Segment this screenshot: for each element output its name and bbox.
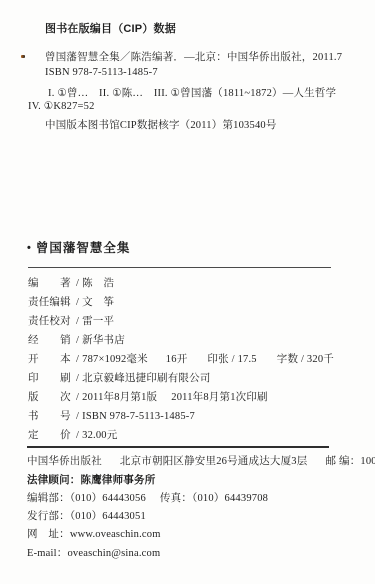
row-value: 雷一平 (82, 316, 114, 327)
row-label: 责任编辑 (28, 297, 73, 309)
row-value: 32.00元 (82, 430, 117, 441)
row-separator: / (73, 335, 82, 346)
colophon-row-price: 定 价/32.00元 (28, 430, 117, 442)
publisher-address-line: 中国华侨出版社北京市朝阳区静安里26号通成达大厦3层邮 编：100028 (27, 456, 375, 468)
row-separator: / (73, 297, 82, 308)
editorial-phone: （010）64443056 (70, 493, 146, 504)
email-address: oveaschin@sina.com (67, 548, 160, 559)
row-value: 787×1092毫米 (82, 354, 148, 365)
cip-record-number: 中国版本图书馆CIP数据核字（2011）第103540号 (45, 120, 277, 132)
legal-counsel-line: 法律顾问：陈鹰律师事务所 (27, 475, 155, 487)
row-label: 版 次 (28, 392, 73, 404)
row-label: 定 价 (28, 430, 73, 442)
printing-run: 2011年8月第1次印刷 (171, 392, 268, 403)
publisher-address: 北京市朝阳区静安里26号通成达大厦3层 (120, 456, 308, 467)
format-sheets: 16开 (166, 354, 188, 365)
legal-label: 法律顾问： (27, 475, 81, 486)
row-label: 印 刷 (28, 373, 73, 385)
publisher-name: 中国华侨出版社 (27, 456, 102, 467)
website-line: 网 址：www.oveaschin.com (27, 529, 161, 541)
colophon-row-format: 开 本/787×1092毫米16开印张 / 17.5字数 / 320千 (28, 354, 334, 366)
cip-classification-line2: IV. ①K827=52 (28, 101, 95, 113)
row-label: 责任校对 (28, 316, 73, 328)
row-separator: / (73, 278, 82, 289)
cip-entry: 曾国藩智慧全集／陈浩编著．—北京：中国华侨出版社，2011.7 (45, 52, 342, 64)
postal-label: 邮 编： (325, 456, 360, 467)
cip-classification-line1: I. ①曾… II. ①陈… III. ①曾国藩（1811~1872）—人生哲学 (48, 88, 336, 100)
colophon-row-distributor: 经 销/新华书店 (28, 335, 125, 347)
row-value: 文 筝 (82, 297, 114, 308)
fax-label: 传真： (160, 493, 192, 504)
colophon-page: 图书在版编目（CIP）数据 曾国藩智慧全集／陈浩编著．—北京：中国华侨出版社，2… (0, 0, 375, 584)
cip-heading: 图书在版编目（CIP）数据 (45, 23, 176, 35)
scan-speck-artifact (21, 55, 25, 58)
row-value: 陈 浩 (82, 278, 114, 289)
book-title-text: 曾国藩智慧全集 (36, 241, 131, 255)
colophon-row-proofreader: 责任校对/雷一平 (28, 316, 114, 328)
row-label: 经 销 (28, 335, 73, 347)
website-label: 网 址： (27, 529, 70, 540)
row-separator: / (73, 392, 82, 403)
row-value: 2011年8月第1版 (82, 392, 157, 403)
website-url: www.oveaschin.com (70, 529, 161, 540)
distribution-phone: （010）64443051 (70, 511, 146, 522)
colophon-row-printer: 印 刷/北京毅峰迅捷印刷有限公司 (28, 373, 211, 385)
bullet-icon: • (27, 242, 32, 254)
row-separator: / (73, 316, 82, 327)
colophon-row-responsible-editor: 责任编辑/文 筝 (28, 297, 114, 309)
editorial-label: 编辑部： (27, 493, 70, 504)
row-value: 北京毅峰迅捷印刷有限公司 (82, 373, 210, 384)
row-label: 编 著 (28, 278, 73, 290)
row-separator: / (73, 354, 82, 365)
row-value: ISBN 978-7-5113-1485-7 (82, 411, 195, 422)
printed-sheets: 印张 / 17.5 (207, 354, 256, 365)
distribution-label: 发行部： (27, 511, 70, 522)
row-separator: / (73, 430, 82, 441)
divider-bottom (27, 446, 329, 448)
divider-top (28, 267, 331, 268)
row-label: 开 本 (28, 354, 73, 366)
row-label: 书 号 (28, 411, 73, 423)
colophon-row-editor: 编 著/陈 浩 (28, 278, 114, 290)
row-separator: / (73, 411, 82, 422)
postal-code: 100028 (360, 456, 375, 467)
cip-isbn: ISBN 978-7-5113-1485-7 (45, 67, 158, 79)
book-title: •曾国藩智慧全集 (27, 242, 130, 254)
email-label: E-mail： (27, 548, 67, 559)
colophon-row-edition: 版 次/2011年8月第1版2011年8月第1次印刷 (28, 392, 268, 404)
word-count: 字数 / 320千 (277, 354, 334, 365)
row-separator: / (73, 373, 82, 384)
distribution-dept-line: 发行部：（010）64443051 (27, 511, 146, 523)
row-value: 新华书店 (82, 335, 125, 346)
email-line: E-mail：oveaschin@sina.com (27, 548, 160, 560)
fax-phone: （010）64439708 (192, 493, 268, 504)
editorial-dept-line: 编辑部：（010）64443056传真：（010）64439708 (27, 493, 268, 505)
legal-value: 陈鹰律师事务所 (81, 475, 156, 486)
colophon-row-book-number: 书 号/ISBN 978-7-5113-1485-7 (28, 411, 195, 423)
